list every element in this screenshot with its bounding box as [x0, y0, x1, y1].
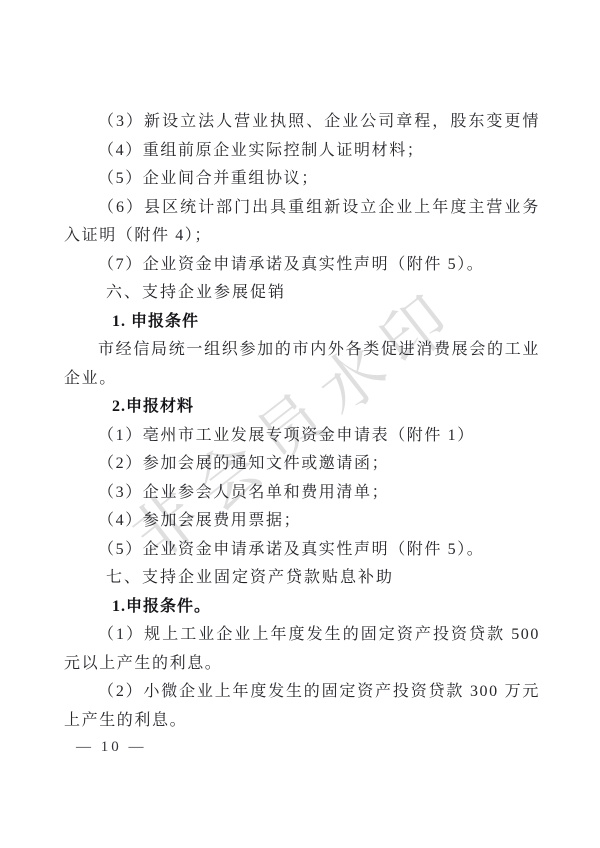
text-line: （6）县区统计部门出具重组新设立企业上年度主营业务收: [64, 194, 540, 223]
text-line: （4）参加会展费用票据；: [64, 507, 540, 536]
text-line: 1.申报条件。: [64, 593, 540, 622]
text-line: 企业。: [64, 365, 540, 394]
text-line: （5）企业间合并重组协议；: [64, 165, 540, 194]
text-line: （1）亳州市工业发展专项资金申请表（附件 1）: [64, 422, 540, 451]
text-line: （2）参加会展的通知文件或邀请函；: [64, 450, 540, 479]
text-line: （3）企业参会人员名单和费用清单；: [64, 479, 540, 508]
text-line: （2）小微企业上年度发生的固定资产投资贷款 300 万元以: [64, 678, 540, 707]
document-page: 非会员水印 （3）新设立法人营业执照、企业公司章程，股东变更情况；（4）重组前原…: [0, 0, 600, 848]
text-line: 七、支持企业固定资产贷款贴息补助: [64, 564, 540, 593]
text-line: （7）企业资金申请承诺及真实性声明（附件 5）。: [64, 251, 540, 280]
text-line: 市经信局统一组织参加的市内外各类促进消费展会的工业: [64, 336, 540, 365]
text-line: （4）重组前原企业实际控制人证明材料；: [64, 137, 540, 166]
document-body: （3）新设立法人营业执照、企业公司章程，股东变更情况；（4）重组前原企业实际控制…: [64, 108, 540, 735]
text-line: 元以上产生的利息。: [64, 650, 540, 679]
text-line: 2.申报材料: [64, 393, 540, 422]
page-number: — 10 —: [76, 739, 147, 756]
text-line: （1）规上工业企业上年度发生的固定资产投资贷款 500 万: [64, 621, 540, 650]
text-line: 入证明（附件 4）；: [64, 222, 540, 251]
text-line: （5）企业资金申请承诺及真实性声明（附件 5）。: [64, 536, 540, 565]
text-line: 上产生的利息。: [64, 707, 540, 736]
text-line: 1. 申报条件: [64, 308, 540, 337]
text-line: 六、支持企业参展促销: [64, 279, 540, 308]
text-line: （3）新设立法人营业执照、企业公司章程，股东变更情况；: [64, 108, 540, 137]
